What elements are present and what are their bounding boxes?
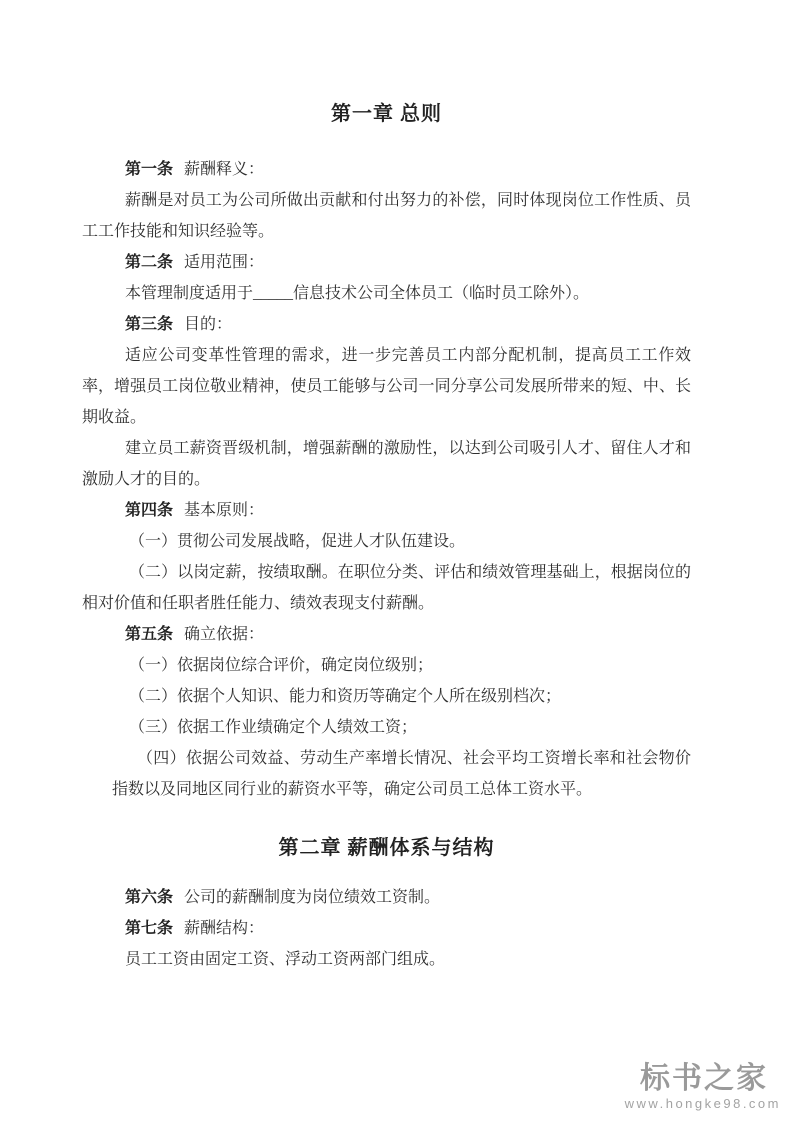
article-heading: 第四条基本原则：: [82, 495, 691, 526]
list-item: （四）依据公司效益、劳动生产率增长情况、社会平均工资增长率和社会物价指数以及同地…: [82, 743, 691, 805]
list-item: （三）依据工作业绩确定个人绩效工资；: [82, 712, 691, 743]
list-item: （二）以岗定薪，按绩取酬。在职位分类、评估和绩效管理基础上，根据岗位的相对价值和…: [82, 557, 691, 619]
article-heading: 第五条确立依据：: [82, 619, 691, 650]
article-number: 第六条: [125, 889, 173, 906]
article-text: 基本原则：: [184, 502, 264, 519]
article-heading: 第一条薪酬释义：: [82, 154, 691, 185]
article-number: 第三条: [125, 316, 173, 333]
list-item: （一）依据岗位综合评价，确定岗位级别；: [82, 650, 691, 681]
body-paragraph: 适应公司变革性管理的需求，进一步完善员工内部分配机制，提高员工工作效率，增强员工…: [82, 340, 691, 433]
article-heading: 第六条公司的薪酬制度为岗位绩效工资制。: [82, 882, 691, 913]
article-heading: 第七条薪酬结构：: [82, 913, 691, 944]
watermark-url: www.hongke98.com: [625, 1095, 781, 1112]
chapter-title: 第一章 总则: [82, 101, 691, 127]
watermark: 标书之家 www.hongke98.com: [625, 1063, 781, 1112]
article-number: 第二条: [125, 254, 173, 271]
document-page: 第一章 总则第一条薪酬释义：薪酬是对员工为公司所做出贡献和付出努力的补偿，同时体…: [0, 0, 793, 1122]
article-heading: 第三条目的：: [82, 309, 691, 340]
article-text: 目的：: [184, 316, 232, 333]
article-text: 薪酬结构：: [184, 920, 264, 937]
list-item: （二）依据个人知识、能力和资历等确定个人所在级别档次；: [82, 681, 691, 712]
article-number: 第五条: [125, 626, 173, 643]
watermark-logo: 标书之家: [625, 1063, 781, 1095]
list-item: （一）贯彻公司发展战略，促进人才队伍建设。: [82, 526, 691, 557]
article-number: 第四条: [125, 502, 173, 519]
body-paragraph: 本管理制度适用于_____信息技术公司全体员工（临时员工除外）。: [82, 278, 691, 309]
article-text: 适用范围：: [184, 254, 264, 271]
article-text: 公司的薪酬制度为岗位绩效工资制。: [184, 889, 440, 906]
article-text: 确立依据：: [184, 626, 264, 643]
body-paragraph: 员工工资由固定工资、浮动工资两部门组成。: [82, 944, 691, 975]
article-heading: 第二条适用范围：: [82, 247, 691, 278]
article-number: 第七条: [125, 920, 173, 937]
body-paragraph: 建立员工薪资晋级机制，增强薪酬的激励性，以达到公司吸引人才、留住人才和激励人才的…: [82, 433, 691, 495]
article-number: 第一条: [125, 161, 173, 178]
chapter-title: 第二章 薪酬体系与结构: [82, 835, 691, 861]
body-paragraph: 薪酬是对员工为公司所做出贡献和付出努力的补偿，同时体现岗位工作性质、员工工作技能…: [82, 185, 691, 247]
document-body: 第一章 总则第一条薪酬释义：薪酬是对员工为公司所做出贡献和付出努力的补偿，同时体…: [82, 0, 691, 975]
article-text: 薪酬释义：: [184, 161, 264, 178]
